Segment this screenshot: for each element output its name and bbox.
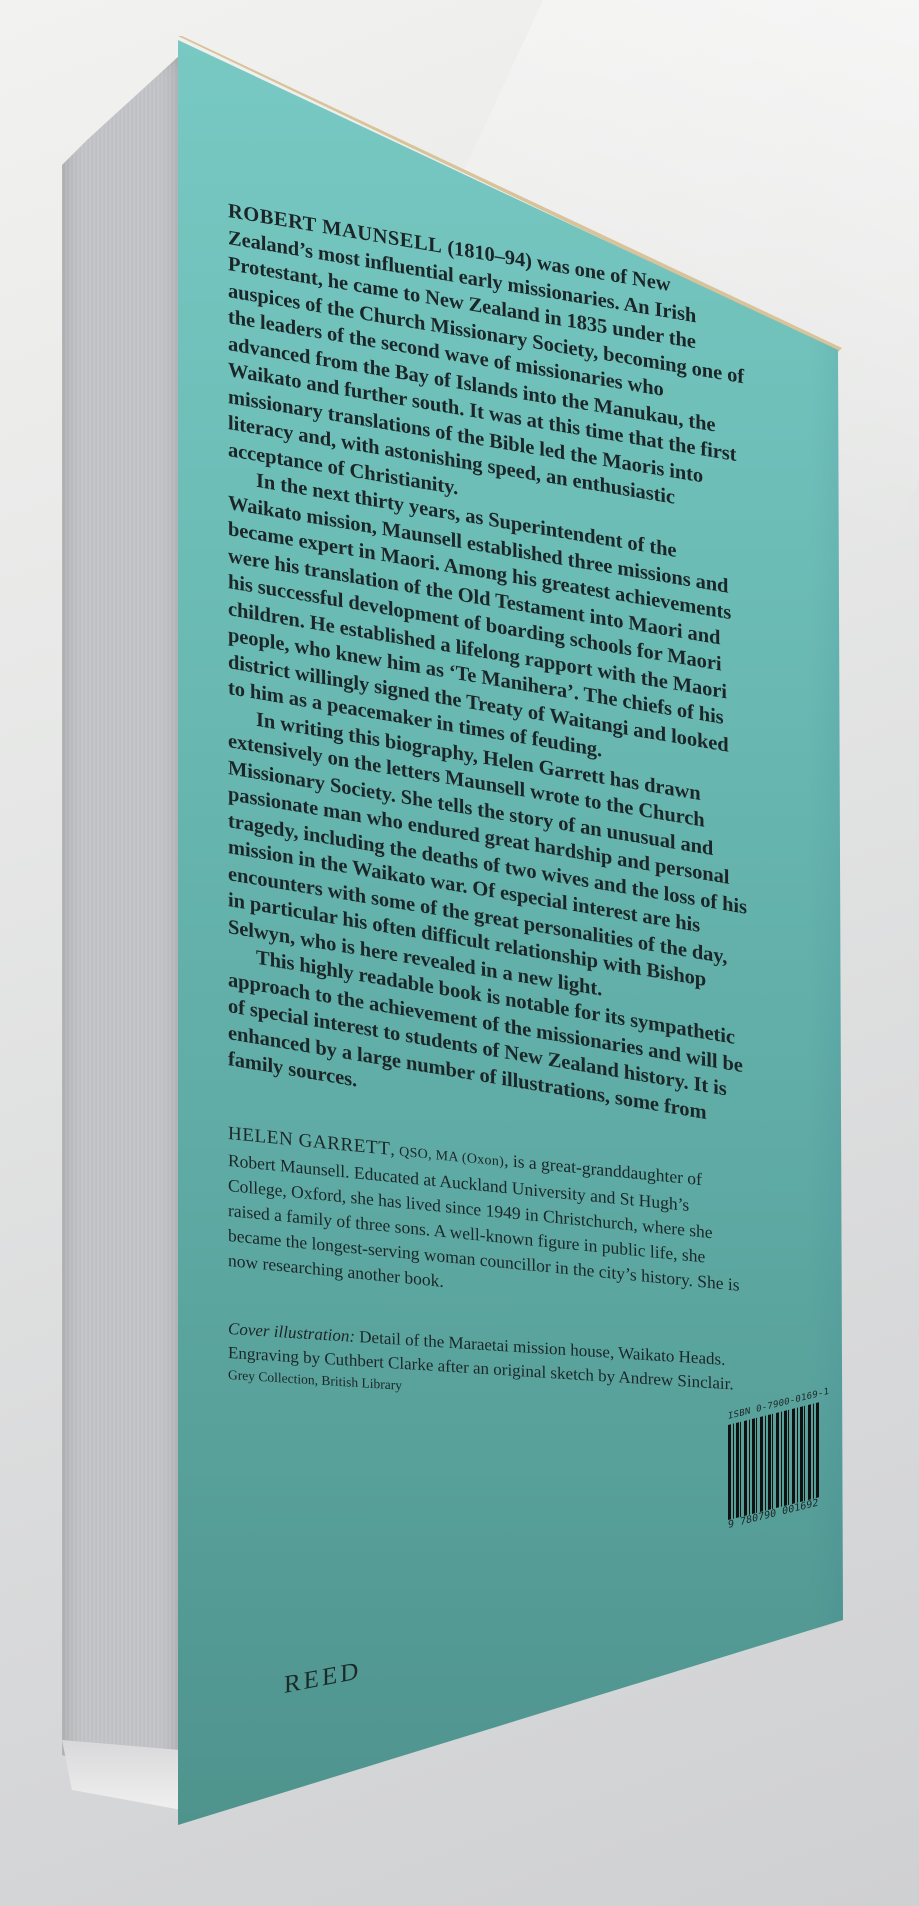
author-bio: HELEN GARRETT, QSO, MA (Oxon), is a grea…	[228, 1121, 748, 1324]
cover-credit-label: Cover illustration:	[228, 1319, 355, 1346]
back-cover-text: ROBERT MAUNSELL (1810–94) was one of New…	[228, 198, 748, 1472]
author-bio-text: , is a great-granddaughter of Robert Mau…	[228, 1149, 740, 1294]
blurb: ROBERT MAUNSELL (1810–94) was one of New…	[228, 198, 748, 1160]
book-page-edge-bottom	[62, 1740, 182, 1810]
book-page-edge	[62, 55, 180, 1810]
author-honours: QSO, MA (Oxon)	[399, 1144, 504, 1169]
barcode: ISBN 0-7900-0169-1 9 780790 001692	[728, 1388, 824, 1547]
